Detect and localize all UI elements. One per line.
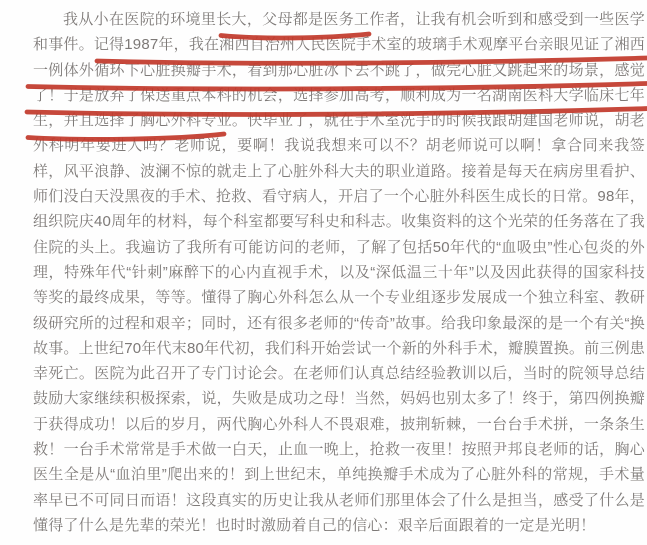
text-line: 住院的头上。我遍访了我所有可能访问的老师，了解了包括50年代的“血吸虫”性心包炎… <box>33 235 645 260</box>
text-line: 救！一台手术常常是手术做一白天，止血一晚上，抢救一夜里！按照尹邦良老师的话，胸心… <box>33 437 645 462</box>
text-line: 样，风平浪静、波澜不惊的就走上了心脏外科大夫的职业道路。接着是每天在病房里看护、… <box>33 159 645 184</box>
text-line: 于获得成功！以后的岁月，两代胸心外科人不畏艰难，披荆斩棘，一台台手术拼，一条条生… <box>33 412 645 437</box>
text-line: 师们没白天没黑夜的手术、抢救、看守病人，开启了一个心脏外科医生成长的日常。98年… <box>33 184 645 209</box>
text-line: 生，并且选择了胸心外科专业。快毕业了，就在手术室洗手的时候我跟胡建国老师说，胡老… <box>33 108 645 133</box>
text-line: 幸死亡。医院为此召开了专门讨论会。在老师们认真总结经验教训以后，当时的院领导总结… <box>33 361 645 386</box>
text-line: 级研究所的过程和艰辛；同时，还有很多老师的“传奇”故事。给我印象最深的是一个有关… <box>33 311 645 336</box>
text-line: 和事件。记得1987年，我在湘西自治州人民医院手术室的玻璃手术观摩平台亲眼见证了… <box>33 32 645 57</box>
text-line: 组织院庆40周年的材料，每个科室都要写科史和科志。收集资料的这个光荣的任务落在了… <box>33 209 645 234</box>
text-line: 外科明年要进人吗？老师说，要啊！我说我想来可以不？胡老师说可以啊！拿合同来我签字… <box>33 133 645 158</box>
text-line: 率早已不可同日而语！这段真实的历史让我从老师们那里体会了什么是担当，感受了什么是… <box>33 488 645 513</box>
paragraph: 我从小在医院的环境里长大，父母都是医务工作者，让我有机会听到和感受到一些医学的知… <box>33 7 645 538</box>
text-line: 鼓励大家继续积极探索，说，失败是成功之母！当然，妈妈也别太多了！终于，第四例换瓣… <box>33 386 645 411</box>
text-line: 懂得了什么是先辈的荣光！也时时激励着自己的信心：艰辛后面跟着的一定是光明！ <box>33 513 645 538</box>
text-line: 一例体外循环下心脏换瓣手术，看到那心脏冰下去不跳了，做完心脏又跳起来的场景，感觉… <box>33 58 645 83</box>
text-line: 理，特殊年代“针刺”麻醉下的心内直视手术，以及“深低温三十年”以及因此获得的国家… <box>33 260 645 285</box>
text-line: 我从小在医院的环境里长大，父母都是医务工作者，让我有机会听到和感受到一些医学的知… <box>33 7 645 32</box>
text-line: 故事。上世纪70年代末80年代初，我们科开始尝试一个新的外科手术，瓣膜置换。前三… <box>33 336 645 361</box>
text-line: 了！于是放弃了保送重点本科的机会，选择参加高考，顺利成为一名湖南医科大学临床七年… <box>33 83 645 108</box>
text-line: 医生全是从“血泊里”爬出来的！到上世纪末，单纯换瓣手术成为了心脏外科的常规，手术… <box>33 462 645 487</box>
document-page: 我从小在医院的环境里长大，父母都是医务工作者，让我有机会听到和感受到一些医学的知… <box>0 0 647 545</box>
text-line: 等奖的最终成果，等等。懂得了胸心外科怎么从一个专业组逐步发展成一个独立科室、教研… <box>33 285 645 310</box>
